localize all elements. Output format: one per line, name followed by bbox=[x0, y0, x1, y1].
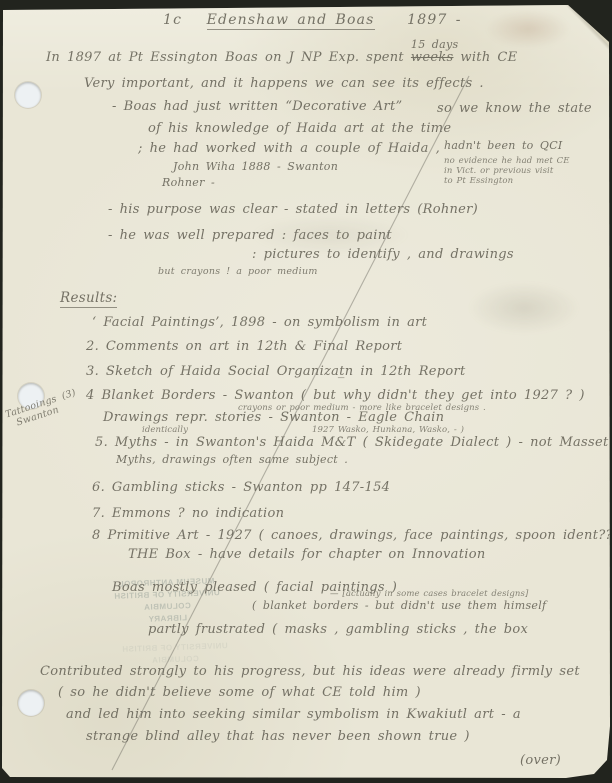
results-heading-text: Results: bbox=[60, 290, 117, 308]
note-line: - he was well prepared : faces to paint bbox=[108, 228, 392, 243]
over-note: (over) bbox=[520, 753, 561, 768]
conclusion-line: Contributed strongly to his progress, bu… bbox=[40, 664, 580, 679]
results-item-4: 4 Blanket Borders - Swanton ( but why di… bbox=[86, 388, 585, 403]
note-line: ; he had worked with a couple of Haida , bbox=[138, 141, 440, 156]
title-suffix: 1897 - bbox=[407, 12, 462, 28]
paper-corner-crease bbox=[516, 0, 612, 60]
note-line: but crayons ! a poor medium bbox=[158, 266, 318, 277]
results-item-8-note: THE Box - have details for chapter on In… bbox=[128, 547, 486, 562]
intro-line-1: In 1897 at Pt Essington Boas on J NP Exp… bbox=[46, 50, 517, 65]
title-main: Edenshaw and Boas bbox=[207, 12, 375, 30]
inserted-text: 15 days bbox=[411, 38, 459, 51]
margin-note-right: in Vict. or previous visit bbox=[444, 166, 553, 176]
results-item-1: ‘ Facial Paintings’, 1898 - on symbolism… bbox=[92, 315, 427, 330]
note-line: so we know the state bbox=[437, 101, 592, 116]
results-item-4-drawings: Drawings repr. stories - Swanton - Eagle… bbox=[103, 410, 444, 425]
page-title: 1c Edenshaw and Boas 1897 - bbox=[163, 12, 462, 28]
intro-line-2: Very important, and it happens we can se… bbox=[84, 76, 484, 91]
conclusion-line: ( so he didn't believe some of what CE t… bbox=[58, 685, 421, 700]
scanned-document-page: { "page": { "background_color": "#22241e… bbox=[0, 0, 612, 783]
punch-hole-top bbox=[15, 82, 41, 108]
note-line: John Wiha 1888 - Swanton bbox=[173, 160, 338, 173]
results-item-6: 6. Gambling sticks - Swanton pp 147-154 bbox=[92, 480, 390, 495]
results-item-4-interline: identically bbox=[142, 425, 188, 435]
margin-note-right: to Pt Essington bbox=[444, 176, 513, 186]
results-item-7: 7. Emmons ? no indication bbox=[92, 506, 284, 521]
punch-hole-bottom bbox=[18, 690, 44, 716]
ink-bleed-smudge bbox=[468, 282, 580, 334]
results-item-5-note: Myths, drawings often same subject . bbox=[116, 453, 348, 466]
results-heading: Results: bbox=[60, 290, 117, 306]
ink-bleed-smudge bbox=[486, 10, 570, 48]
note-line: - his purpose was clear - stated in lett… bbox=[108, 202, 478, 217]
struck-text: weeks bbox=[411, 50, 454, 65]
title-prefix: 1c bbox=[163, 12, 182, 28]
results-item-5: 5. Myths - in Swanton's Haida M&T ( Skid… bbox=[95, 435, 608, 450]
note-line: : pictures to identify , and drawings bbox=[252, 247, 514, 262]
margin-note-right: no evidence he had met CE bbox=[444, 156, 570, 166]
conclusion-line: and led him into seeking similar symboli… bbox=[66, 707, 521, 722]
conclusion-line: strange blind alley that has never been … bbox=[86, 729, 470, 744]
results-item-8: 8 Primitive Art - 1927 ( canoes, drawing… bbox=[92, 528, 612, 543]
results-item-3: 3. Sketch of Haida Social Organizat̲n in… bbox=[86, 364, 466, 379]
correction: 15 daysweeks bbox=[411, 50, 454, 65]
intro-text: In 1897 at Pt Essington Boas on J NP Exp… bbox=[46, 50, 404, 65]
assessment-line: ( blanket borders - but didn't use them … bbox=[252, 599, 546, 612]
results-item-2: 2. Comments on art in 12th & Final Repor… bbox=[86, 339, 402, 354]
margin-note-right: hadn't been to QCI bbox=[444, 139, 563, 152]
note-line: of his knowledge of Haida art at the tim… bbox=[148, 121, 451, 136]
paper-sheet: MUSEUM ANTHROPOL UNIVERSITY OF BRITISH C… bbox=[0, 0, 612, 783]
note-line: - Boas had just written “Decorative Art” bbox=[112, 99, 402, 114]
intro-text: with CE bbox=[460, 50, 517, 65]
assessment-line: partly frustrated ( masks , gambling sti… bbox=[148, 622, 528, 637]
results-item-5-superscript: 1927 Wasko, Hunkana, Wasko, - ) bbox=[312, 425, 464, 435]
assessment-note: — [actually in some cases bracelet desig… bbox=[330, 589, 528, 599]
note-line: Rohner - bbox=[162, 176, 215, 189]
